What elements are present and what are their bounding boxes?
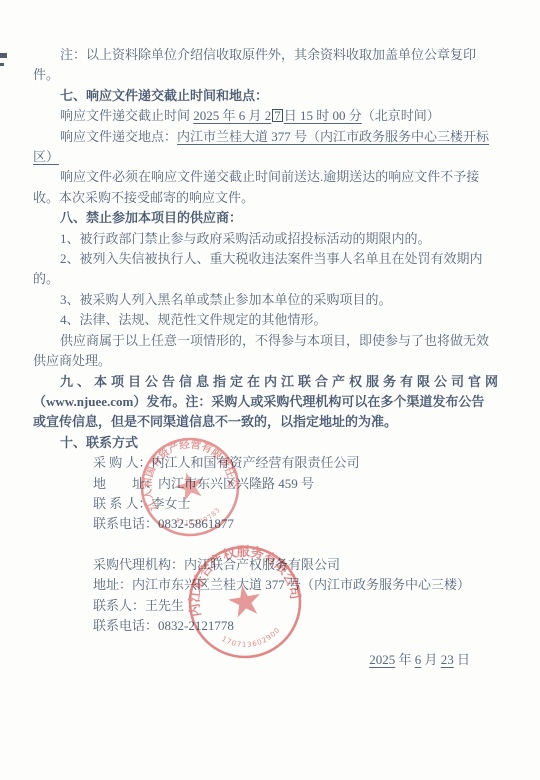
document-line: 或宣传信息，但是不同渠道信息不一致的，以指定地址的为准。 [33, 412, 506, 432]
text-segment: 的。 [33, 271, 59, 286]
text-segment: 或宣传信息，但是不同渠道信息不一致的，以指定地址的为准。 [33, 414, 397, 429]
text-segment: 八、禁止参加本项目的供应商： [60, 210, 242, 225]
document-line: 的。 [33, 269, 506, 289]
document-line: 收。本次采购不接受邮寄的响应文件。 [33, 188, 506, 208]
text-segment: 1、被行政部门禁止参与政府采购活动或招投标活动的期限内的。 [60, 231, 431, 246]
text-segment: 联系电话：0832-2121778 [93, 618, 234, 633]
text-segment: 七、响应文件递交截止时间和地点： [60, 88, 268, 103]
text-segment: 采购代理机构：内江联合产权服务有限公司 [93, 557, 340, 572]
text-segment: 注：以上资料除单位介绍信收取原件外，其余资料收取加盖单位公章复印 [60, 47, 476, 62]
document-line: 件。 [33, 65, 506, 85]
document-line: 联系电话：0832-5861877 [33, 514, 506, 534]
text-segment: 收。本次采购不接受邮寄的响应文件。 [33, 190, 254, 205]
text-segment: 联系电话：0832-5861877 [93, 516, 234, 531]
text-segment: 响应文件必须在响应文件递交截止时间前送达.逾期送达的响应文件不予接 [60, 169, 479, 184]
document-line: 4、法律、法规、规范性文件规定的其他情形。 [33, 310, 506, 330]
text-segment: 采 购 人：内江人和国有资产经营有限责任公司 [93, 455, 360, 470]
text-segment: 供应商处理。 [33, 353, 111, 368]
blank-line [33, 535, 506, 555]
document-line: 响应文件必须在响应文件递交截止时间前送达.逾期送达的响应文件不予接 [33, 167, 506, 187]
document-line: 响应文件递交截止时间 2025 年 6 月 27日 15 时 00 分（北京时间… [33, 106, 506, 126]
text-segment: 供应商属于以上任意一项情形的，不得参与本项目，即使参与了也将做无效 [60, 333, 489, 348]
text-segment: （北京时间） [362, 108, 440, 123]
text-segment: 2、被列入失信被执行人、重大税收违法案件当事人名单且在处罚有效期内 [60, 251, 483, 266]
scanned-document-page: 注：以上资料除单位介绍信收取原件外，其余资料收取加盖单位公章复印件。七、响应文件… [0, 0, 540, 780]
signature-date-line: 2025 年 6 月 23 日 [33, 650, 506, 670]
text-segment: （www.njuee.com）发布。 [33, 394, 185, 409]
document-line: 地址：内江市东兴区兰桂大道 377 号（内江市政务服务中心三楼） [33, 575, 506, 595]
document-line: 联 系 人：李女士 [33, 494, 506, 514]
text-segment: 23 [441, 652, 454, 667]
text-segment: 3、被采购人列入黑名单或禁止参加本单位的采购项目的。 [60, 292, 392, 307]
text-segment: 九、本项目公告信息指定在内江联合产权服务有限公司官网 [60, 374, 502, 389]
text-segment: 年 [395, 652, 415, 667]
document-line: 采 购 人：内江人和国有资产经营有限责任公司 [33, 453, 506, 473]
document-line: 响应文件递交地点：内江市兰桂大道 377 号（内江市政务服务中心三楼开标 [33, 127, 506, 147]
document-line: 区） [33, 147, 506, 167]
document-line: 注：以上资料除单位介绍信收取原件外，其余资料收取加盖单位公章复印 [33, 45, 506, 65]
document-line: 采购代理机构：内江联合产权服务有限公司 [33, 555, 506, 575]
text-segment: 十、联系方式 [60, 435, 138, 450]
text-segment: 注：采购人或采购代理机构可以在多个渠道发布公告 [185, 394, 484, 409]
text-segment: 内江市兰桂大道 377 号（内江市政务服务中心三楼开标 [177, 129, 489, 144]
document-body: 注：以上资料除单位介绍信收取原件外，其余资料收取加盖单位公章复印件。七、响应文件… [33, 45, 506, 671]
blank-line [33, 636, 506, 650]
document-line: 3、被采购人列入黑名单或禁止参加本单位的采购项目的。 [33, 290, 506, 310]
document-line: 九、本项目公告信息指定在内江联合产权服务有限公司官网 [33, 372, 506, 392]
text-segment: 月 [421, 652, 441, 667]
document-line: 八、禁止参加本项目的供应商： [33, 208, 506, 228]
scan-artifact [0, 63, 4, 66]
text-segment: 2025 年 6 月 2 [193, 108, 271, 123]
document-line: 1、被行政部门禁止参与政府采购活动或招投标活动的期限内的。 [33, 229, 506, 249]
document-line: 地 址：内江市东兴区兴隆路 459 号 [33, 474, 506, 494]
boxed-digit: 7 [272, 109, 283, 122]
text-segment: 地 址：内江市东兴区兴隆路 459 号 [93, 476, 314, 491]
text-segment: 响应文件递交截止时间 [60, 108, 193, 123]
text-segment: 联系人：王先生 [93, 598, 184, 613]
document-line: （www.njuee.com）发布。注：采购人或采购代理机构可以在多个渠道发布公… [33, 392, 506, 412]
text-segment: 日 [454, 652, 470, 667]
text-segment: 联 系 人：李女士 [93, 496, 191, 511]
text-segment: 件。 [33, 67, 59, 82]
document-line: 联系人：王先生 [33, 596, 506, 616]
document-line: 2、被列入失信被执行人、重大税收违法案件当事人名单且在处罚有效期内 [33, 249, 506, 269]
text-segment: 2025 [369, 652, 395, 667]
document-line: 十、联系方式 [33, 433, 506, 453]
scan-artifact [0, 53, 7, 58]
text-segment: 响应文件递交地点： [60, 129, 177, 144]
text-segment: 地址：内江市东兴区兰桂大道 377 号（内江市政务服务中心三楼） [93, 577, 470, 592]
document-line: 七、响应文件递交截止时间和地点： [33, 86, 506, 106]
text-segment: 4、法律、法规、规范性文件规定的其他情形。 [60, 312, 327, 327]
text-segment: 日 15 时 00 分 [284, 108, 362, 123]
document-line: 联系电话：0832-2121778 [33, 616, 506, 636]
text-segment: 区） [33, 149, 59, 164]
document-line: 供应商属于以上任意一项情形的，不得参与本项目，即使参与了也将做无效 [33, 331, 506, 351]
document-line: 供应商处理。 [33, 351, 506, 371]
